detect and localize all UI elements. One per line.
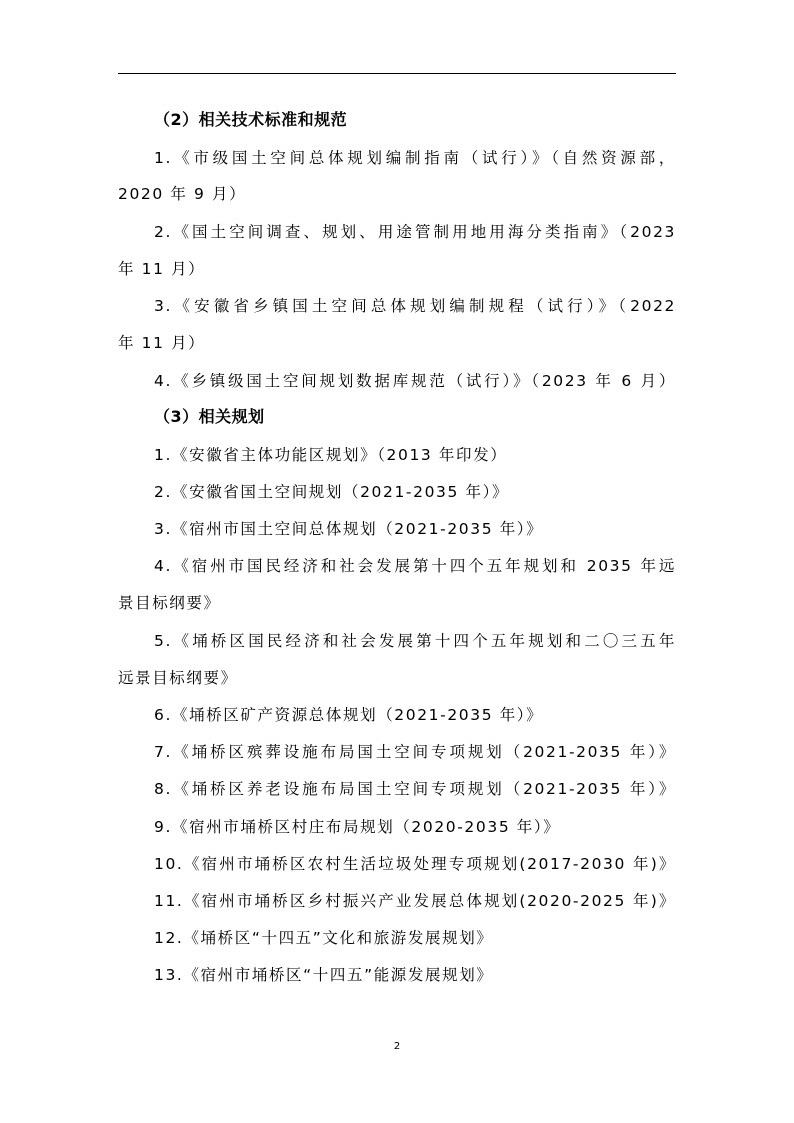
list-item: 1.《安徽省主体功能区规划》（2013 年印发） (154, 445, 507, 465)
list-item: 10.《宿州市埇桥区农村生活垃圾处理专项规划(2017-2030 年)》 (154, 854, 676, 874)
list-item: 11.《宿州市埇桥区乡村振兴产业发展总体规划(2020-2025 年)》 (154, 891, 676, 911)
list-item: 6.《埇桥区矿产资源总体规划（2021-2035 年）》 (154, 705, 543, 725)
list-item: 3.《宿州市国土空间总体规划（2021-2035 年）》 (154, 519, 543, 539)
list-item: 8.《埇桥区养老设施布局国土空间专项规划（2021-2035 年）》 (154, 779, 676, 799)
list-item: 7.《埇桥区殡葬设施布局国土空间专项规划（2021-2035 年）》 (154, 742, 676, 762)
list-item: 4.《乡镇级国土空间规划数据库规范（试行）》（2023 年 6 月） (154, 371, 676, 391)
list-item: 9.《宿州市埇桥区村庄布局规划（2020-2035 年）》 (154, 817, 560, 837)
list-item: 2.《安徽省国土空间规划（2021-2035 年）》 (154, 482, 509, 502)
section-heading-plans: （3）相关规划 (154, 407, 265, 427)
list-item-continuation: 景目标纲要》 (118, 593, 221, 613)
page-number: 2 (0, 1041, 794, 1052)
list-item: 1.《市级国土空间总体规划编制指南（试行）》（自然资源部， (154, 148, 676, 168)
list-item: 5.《埇桥区国民经济和社会发展第十四个五年规划和二〇三五年 (154, 631, 676, 651)
header-rule (118, 73, 676, 74)
list-item-continuation: 远景目标纲要》 (118, 668, 238, 688)
list-item: 12.《埇桥区“十四五”文化和旅游发展规划》 (154, 928, 493, 948)
list-item-continuation: 2020 年 9 月） (118, 184, 246, 204)
list-item-continuation: 年 11 月） (118, 333, 205, 353)
list-item: 2.《国土空间调查、规划、用途管制用地用海分类指南》（2023 (154, 222, 676, 242)
list-item: 13.《宿州市埇桥区“十四五”能源发展规划》 (154, 965, 493, 985)
list-item: 3.《安徽省乡镇国土空间总体规划编制规程（试行）》（2022 (154, 296, 676, 316)
list-item: 4.《宿州市国民经济和社会发展第十四个五年规划和 2035 年远 (154, 556, 676, 576)
section-heading-standards: （2）相关技术标准和规范 (154, 110, 347, 130)
list-item-continuation: 年 11 月） (118, 259, 205, 279)
